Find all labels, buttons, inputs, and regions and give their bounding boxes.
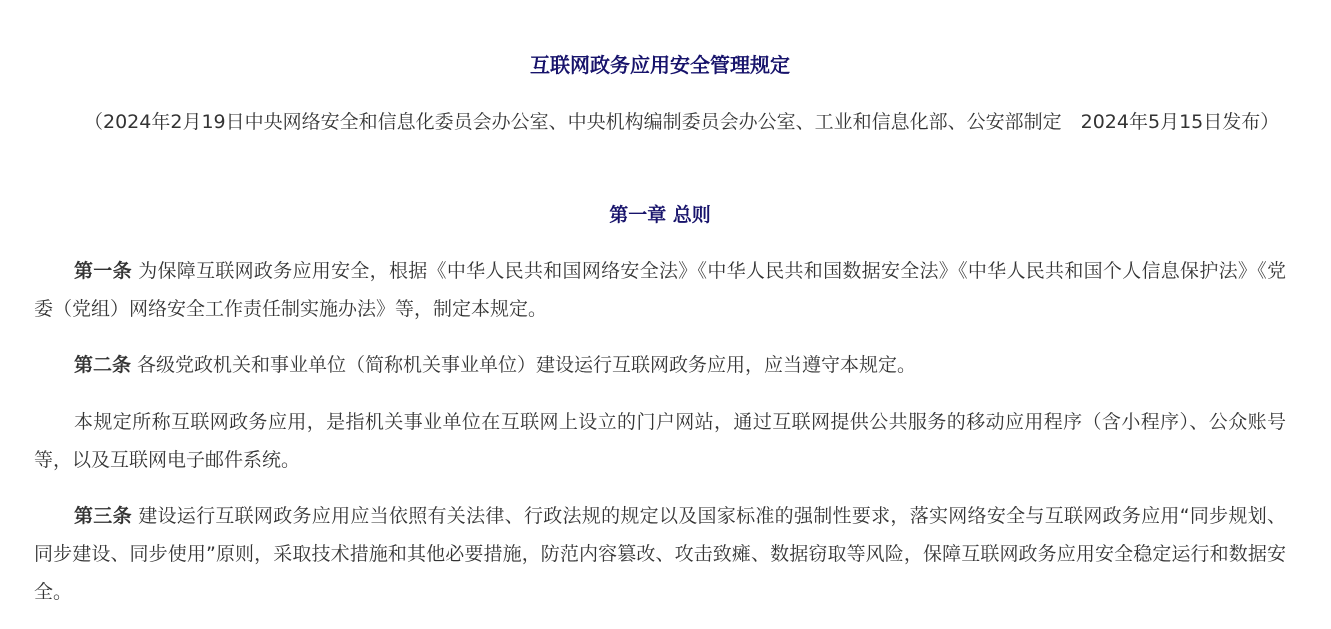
- document-title: 互联网政务应用安全管理规定: [0, 52, 1320, 78]
- article-2-text: 各级党政机关和事业单位（简称机关事业单位）建设运行互联网政务应用，应当遵守本规定…: [131, 354, 916, 376]
- article-1: 第一条 为保障互联网政务应用安全，根据《中华人民共和国网络安全法》《中华人民共和…: [34, 252, 1286, 328]
- article-1-label: 第一条: [74, 260, 132, 282]
- article-2-continuation: 本规定所称互联网政务应用，是指机关事业单位在互联网上设立的门户网站，通过互联网提…: [34, 403, 1286, 479]
- document-page: 互联网政务应用安全管理规定 （2024年2月19日中央网络安全和信息化委员会办公…: [0, 0, 1331, 629]
- article-1-text: 为保障互联网政务应用安全，根据《中华人民共和国网络安全法》《中华人民共和国数据安…: [34, 260, 1286, 320]
- article-2: 第二条 各级党政机关和事业单位（简称机关事业单位）建设运行互联网政务应用，应当遵…: [34, 346, 1286, 384]
- article-2-label: 第二条: [74, 354, 131, 376]
- article-3-text: 建设运行互联网政务应用应当依照有关法律、行政法规的规定以及国家标准的强制性要求，…: [34, 505, 1286, 603]
- chapter-heading: 第一章 总则: [0, 202, 1320, 228]
- document-meta-note: （2024年2月19日中央网络安全和信息化委员会办公室、中央机构编制委员会办公室…: [34, 103, 1286, 141]
- article-3-label: 第三条: [74, 505, 132, 527]
- article-3: 第三条 建设运行互联网政务应用应当依照有关法律、行政法规的规定以及国家标准的强制…: [34, 497, 1286, 611]
